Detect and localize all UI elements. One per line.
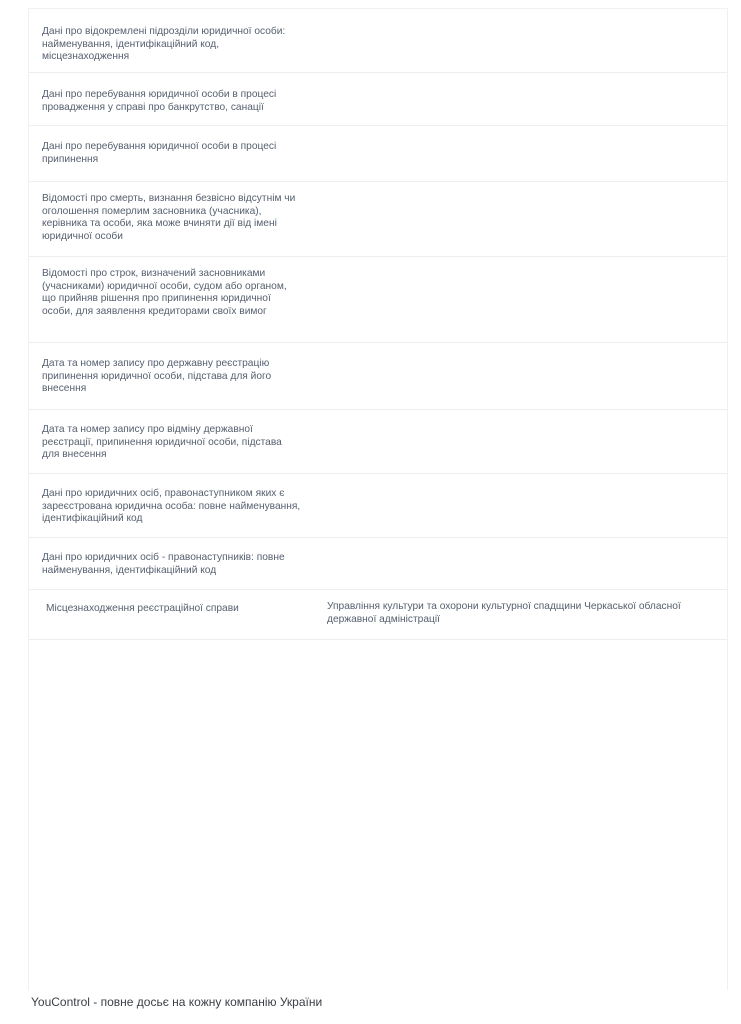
table-row: Місцезнаходження реєстраційної справи Уп…	[29, 590, 727, 640]
table-row: Дані про юридичних осіб, правонаступнико…	[29, 474, 727, 538]
footer-text: YouControl - повне досьє на кожну компан…	[31, 995, 322, 1009]
row-label: Дані про перебування юридичної особи в п…	[42, 89, 302, 114]
table-row: Дата та номер запису про державну реєстр…	[29, 343, 727, 410]
row-label: Дані про відокремлені підрозділи юридичн…	[42, 26, 302, 64]
table-row: Дані про перебування юридичної особи в п…	[29, 73, 727, 126]
row-label: Дані про перебування юридичної особи в п…	[42, 141, 302, 166]
table-row: Відомості про строк, визначений засновни…	[29, 257, 727, 343]
table-row: Дані про відокремлені підрозділи юридичн…	[29, 9, 727, 73]
row-label: Місцезнаходження реєстраційної справи	[46, 603, 306, 616]
row-label: Дата та номер запису про державну реєстр…	[42, 358, 302, 396]
table-row: Дані про перебування юридичної особи в п…	[29, 126, 727, 182]
row-label: Відомості про смерть, визнання безвісно …	[42, 193, 302, 243]
registry-table: Дані про відокремлені підрозділи юридичн…	[28, 8, 728, 990]
row-label: Відомості про строк, визначений засновни…	[42, 268, 302, 318]
table-row: Відомості про смерть, визнання безвісно …	[29, 182, 727, 257]
row-label: Дані про юридичних осіб - правонаступник…	[42, 552, 302, 577]
table-row: Дані про юридичних осіб - правонаступник…	[29, 538, 727, 590]
table-row: Дата та номер запису про відміну державн…	[29, 410, 727, 474]
row-label: Дані про юридичних осіб, правонаступнико…	[42, 488, 302, 526]
row-value: Управління культури та охорони культурно…	[327, 601, 717, 626]
row-label: Дата та номер запису про відміну державн…	[42, 424, 302, 462]
